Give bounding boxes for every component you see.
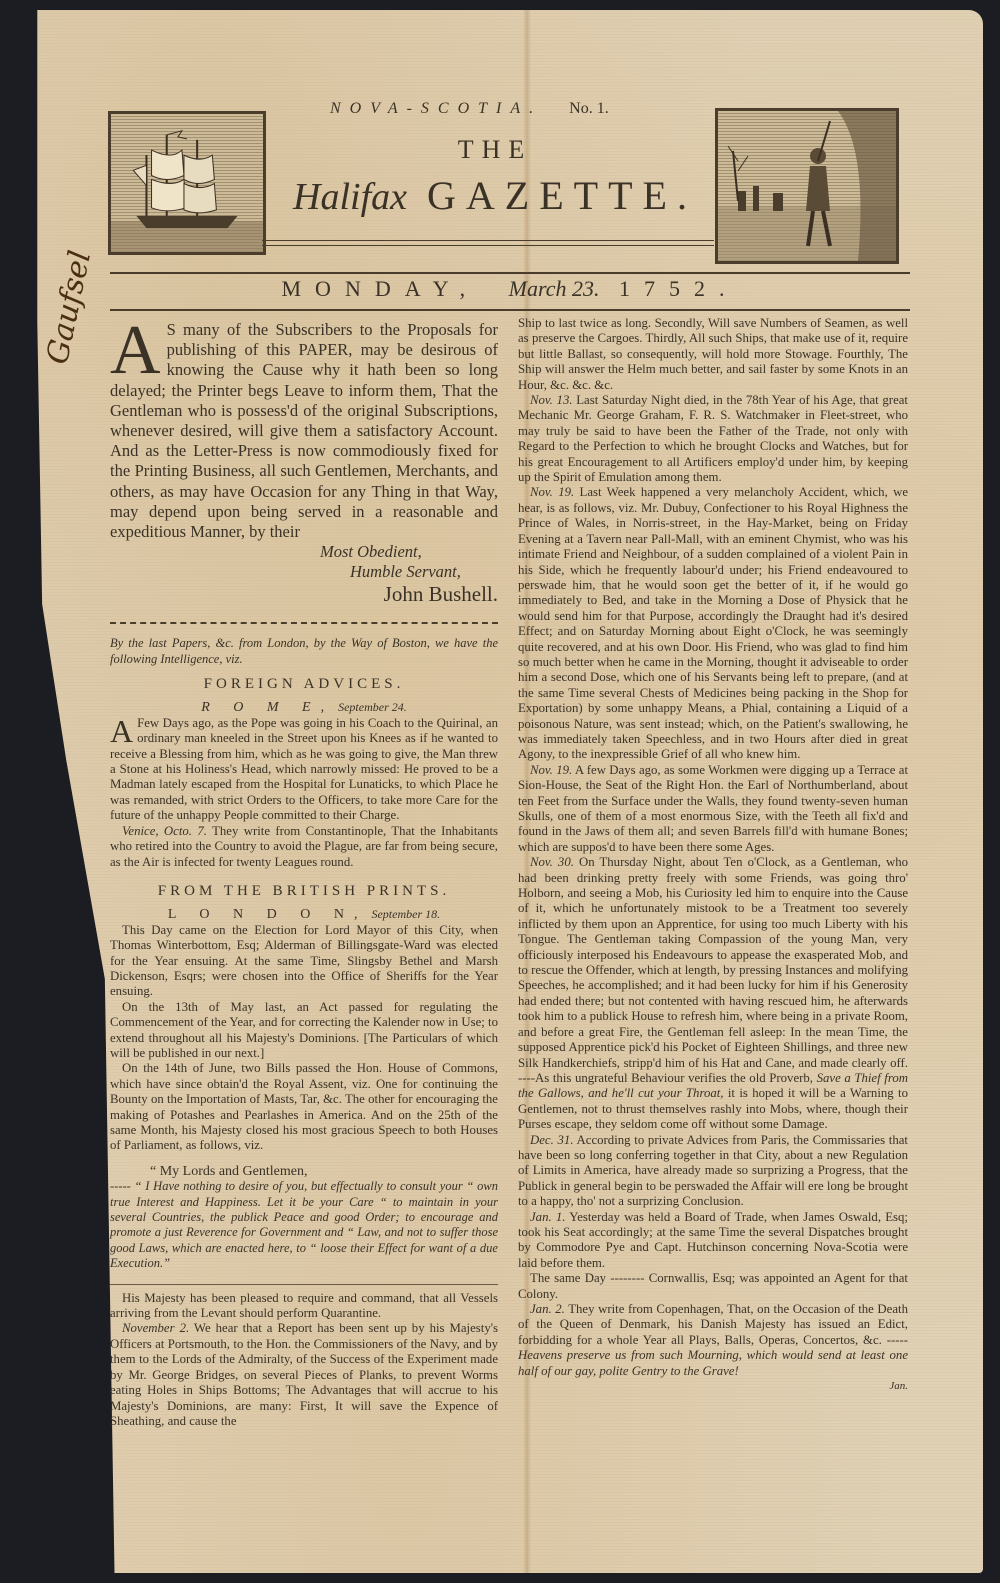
sailing-ship-icon [111,114,263,252]
section-divider [110,622,498,624]
venice-article: Venice, Octo. 7. They write from Constan… [110,824,498,870]
colony-name: NOVA-SCOTIA. [330,100,542,117]
dec-31-article: Dec. 31. According to private Advices fr… [518,1133,908,1210]
london-article-2: On the 13th of May last, an Act passed f… [110,1000,498,1062]
drop-cap: A [110,322,161,380]
date-bottom-rule [110,309,910,311]
year: 1752. [619,276,739,301]
printer-name: John Bushell. [110,584,498,604]
rome-article: AFew Days ago, as the Pope was going in … [110,716,498,824]
nov-13-article: Nov. 13. Last Saturday Night died, in th… [518,393,908,485]
issue-number: No. 1. [569,100,609,117]
title-halifax: Halifax [293,176,407,218]
nov-19-sion-house-article: Nov. 19. A few Days ago, as some Workmen… [518,763,908,855]
masthead-rule-1 [262,240,714,241]
printer-notice: AS many of the Subscribers to the Propos… [110,320,498,542]
ship-woodcut-image [108,111,266,255]
landscape-figure-woodcut-image [715,108,899,264]
masthead-the: THE [270,135,720,165]
right-column: Ship to last twice as long. Secondly, Wi… [518,316,908,1394]
masthead-title: Halifax GAZETTE. [270,172,720,219]
november-2-article: November 2. We hear that a Report has be… [110,1321,498,1429]
speech-divider [110,1284,498,1285]
foreign-advices-heading: FOREIGN ADVICES. [110,677,498,692]
quarantine-article: His Majesty has been pleased to require … [110,1291,498,1322]
figure-landscape-icon [718,111,896,261]
left-column: AS many of the Subscribers to the Propos… [110,320,498,1429]
continued-article: Ship to last twice as long. Secondly, Wi… [518,316,908,393]
masthead-colony-line: NOVA-SCOTIA. No. 1. [330,100,710,118]
title-gazette: GAZETTE. [427,173,697,218]
rome-dateline: R O M E,September 24. [110,700,498,715]
same-day-article: The same Day -------- Cornwallis, Esq; w… [518,1271,908,1302]
weekday: MONDAY, [282,276,480,301]
month-day: March 23. [509,276,600,301]
london-article-3: On the 14th of June, two Bills passed th… [110,1061,498,1153]
printer-signature-block: Most Obedient, Humble Servant, John Bush… [110,542,498,604]
london-dateline: L O N D O N,September 18. [110,907,498,922]
catchword: Jan. [518,1379,908,1394]
jan-1-article: Jan. 1. Yesterday was held a Board of Tr… [518,1210,908,1272]
london-article-1: This Day came on the Election for Lord M… [110,923,498,1000]
kings-speech: “ My Lords and Gentlemen, ----- “ I Have… [110,1164,498,1272]
british-prints-heading: FROM THE BRITISH PRINTS. [110,884,498,899]
masthead-rule-2 [262,245,714,246]
intelligence-note: By the last Papers, &c. from London, by … [110,636,498,667]
date-top-rule [110,272,910,274]
nov-30-article: Nov. 30. On Thursday Night, about Ten o'… [518,855,908,1132]
nov-19-accident-article: Nov. 19. Last Week happened a very melan… [518,485,908,762]
issue-date-line: MONDAY, March 23. 1752. [110,276,910,302]
jan-2-article: Jan. 2. They write from Copenhagen, That… [518,1302,908,1379]
